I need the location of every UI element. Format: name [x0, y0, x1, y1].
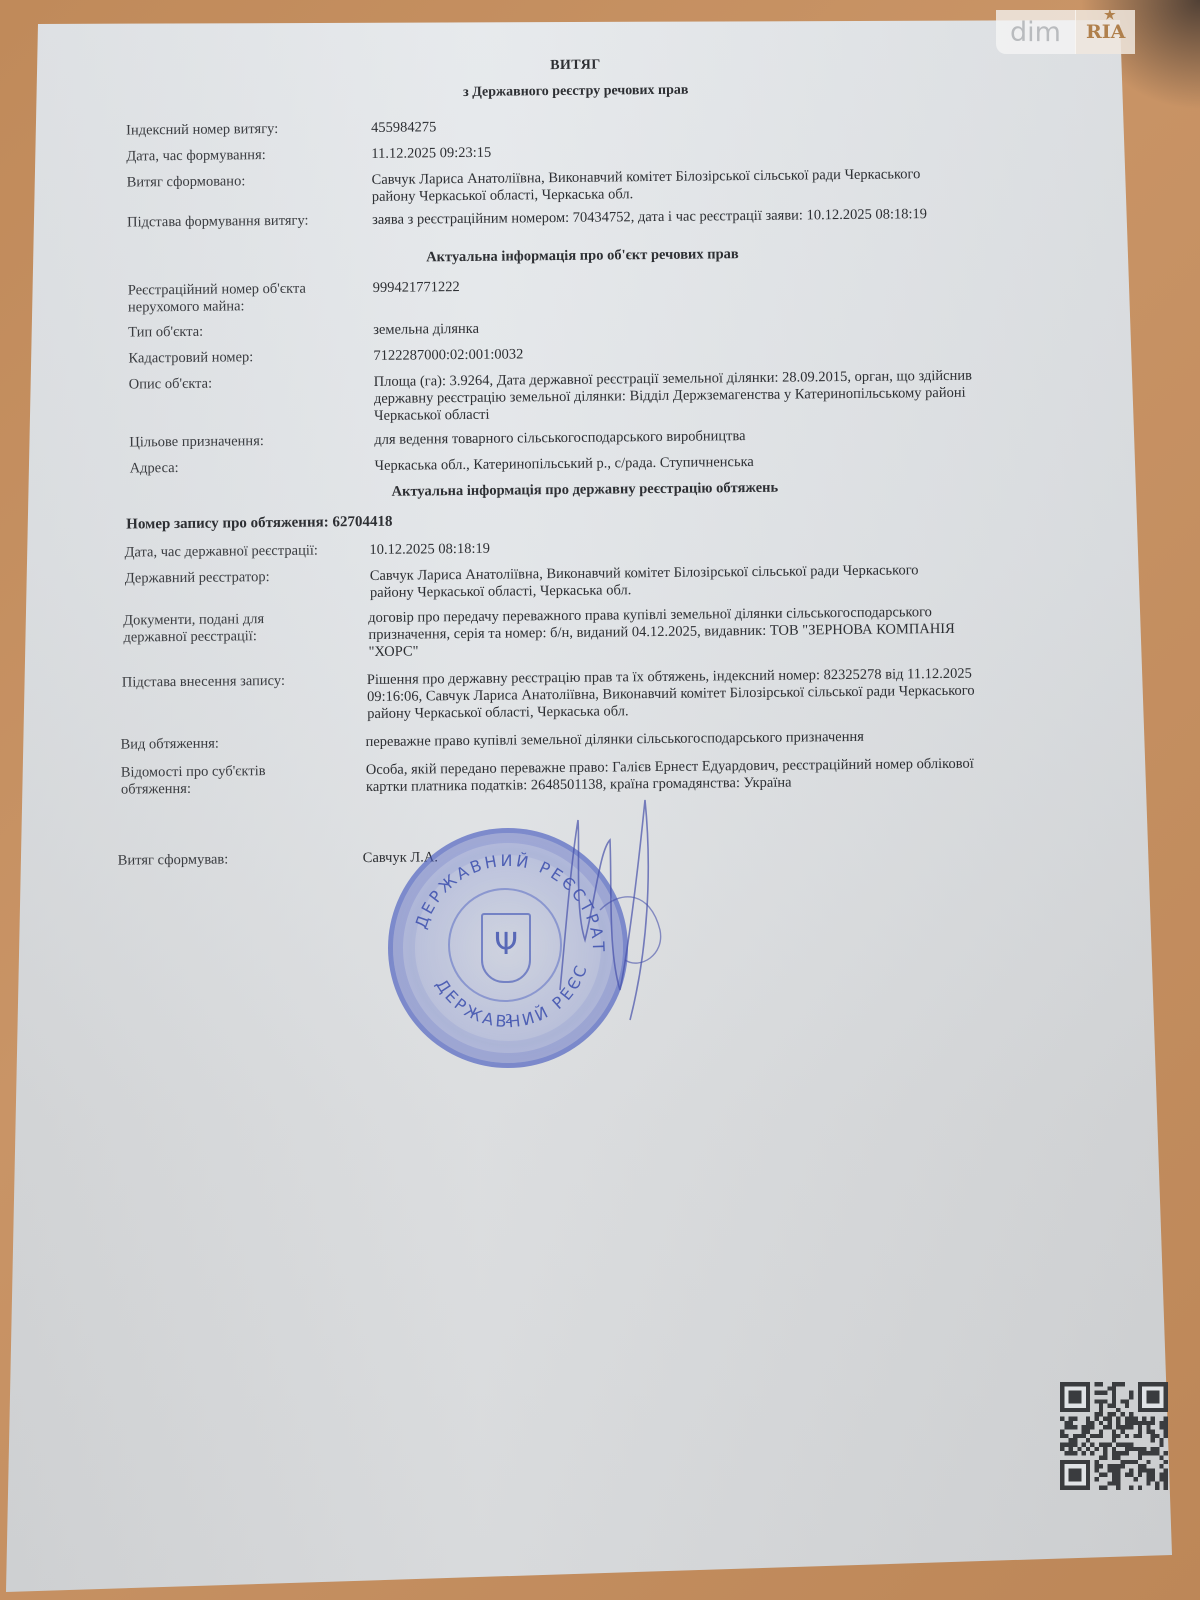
row-value: земельна ділянка	[373, 315, 1013, 339]
object-row-type: Тип об'єкта: земельна ділянка	[128, 315, 1028, 324]
encumbrance-row-registrar: Державний реєстратор: Савчук Лариса Анат…	[125, 561, 1025, 570]
row-value: 455984275	[371, 113, 1011, 137]
row-label: Тип об'єкта:	[128, 322, 373, 342]
object-row-address: Адреса: Черкаська обл., Катеринопільськи…	[130, 451, 1030, 460]
record-number: 62704418	[332, 514, 392, 531]
row-label: Витяг сформував:	[118, 850, 363, 870]
header-row-created-by: Витяг сформовано: Савчук Лариса Анатолії…	[127, 165, 1027, 174]
row-value: Савчук Лариса Анатоліївна, Виконавчий ко…	[372, 166, 962, 206]
watermark-dim-text: dim	[996, 10, 1075, 54]
row-value: 999421771222	[373, 273, 1013, 297]
row-value: для ведення товарного сільськогосподарсь…	[374, 425, 1014, 449]
row-label: Дата, час формування:	[126, 146, 371, 166]
document-subtitle: з Державного реєстру речових прав	[0, 78, 1156, 106]
row-label: Документи, подані для державної реєстрац…	[123, 611, 313, 647]
row-label: Кадастровий номер:	[128, 348, 373, 368]
row-value: Площа (га): 3.9264, Дата державної реєст…	[374, 367, 1004, 425]
section-heading-encumbrance: Актуальна інформація про державну реєстр…	[0, 476, 1170, 505]
header-row-created-at: Дата, час формування: 11.12.2025 09:23:1…	[126, 139, 1026, 148]
handwritten-signature	[540, 790, 680, 1030]
row-label: Відомості про суб'єктів обтяження:	[121, 763, 321, 799]
row-value: переважне право купівлі земельної ділянк…	[365, 727, 1025, 751]
dimria-watermark: dim ★ RIA	[996, 10, 1135, 54]
encumbrance-row-type: Вид обтяження: переважне право купівлі з…	[120, 727, 1020, 736]
watermark-ria-logo: ★ RIA	[1075, 10, 1135, 54]
row-label: Адреса:	[130, 458, 375, 478]
encumbrance-record-number: Номер запису про обтяження: 62704418	[126, 514, 392, 534]
object-row-cadastral-number: Кадастровий номер: 7122287000:02:001:003…	[128, 341, 1028, 350]
row-value: Савчук Лариса Анатоліївна, Виконавчий ко…	[370, 562, 960, 602]
row-value: Черкаська обл., Катеринопільський р., с/…	[375, 451, 1015, 475]
row-label: Індексний номер витягу:	[126, 120, 371, 140]
row-value: Рішення про державну реєстрацію прав та …	[367, 665, 1017, 723]
star-icon: ★	[1104, 8, 1116, 23]
section-heading-object: Актуальна інформація про об'єкт речових …	[0, 242, 1168, 271]
row-label: Підстава формування витягу:	[127, 212, 372, 232]
row-value: 11.12.2025 09:23:15	[371, 139, 1011, 163]
encumbrance-row-registration-date: Дата, час державної реєстрації: 10.12.20…	[124, 535, 1024, 544]
stamp-number: 2	[505, 1012, 513, 1026]
row-label: Дата, час державної реєстрації:	[124, 542, 369, 562]
document-title: ВИТЯГ	[0, 52, 1156, 80]
encumbrance-row-basis: Підстава внесення запису: Рішення про де…	[122, 665, 1022, 674]
qr-code	[1060, 1382, 1168, 1490]
row-label: Цільове призначення:	[129, 432, 374, 452]
object-row-registration-number: Реєстраційний номер об'єкта нерухомого м…	[128, 273, 1028, 282]
record-label: Номер запису про обтяження:	[126, 514, 329, 532]
row-label: Витяг сформовано:	[127, 172, 372, 192]
row-value: заява з реєстраційним номером: 70434752,…	[372, 206, 972, 229]
row-value: 10.12.2025 08:18:19	[369, 535, 1009, 559]
row-label: Державний реєстратор:	[125, 568, 370, 588]
header-row-index-number: Індексний номер витягу: 455984275	[126, 113, 1026, 122]
object-row-purpose: Цільове призначення: для ведення товарно…	[129, 425, 1029, 434]
row-label: Вид обтяження:	[120, 734, 365, 754]
row-label: Підстава внесення запису:	[122, 672, 367, 692]
row-value: Особа, якій передано переважне право: Га…	[366, 755, 1016, 796]
object-row-description: Опис об'єкта: Площа (га): 3.9264, Дата д…	[129, 367, 1029, 376]
row-value: договір про передачу переважного права к…	[368, 604, 979, 661]
row-label: Опис об'єкта:	[129, 374, 374, 394]
row-label: Реєстраційний номер об'єкта нерухомого м…	[128, 280, 343, 316]
watermark-ria-text: RIA	[1086, 21, 1125, 43]
header-row-basis: Підстава формування витягу: заява з реєс…	[127, 205, 1027, 214]
encumbrance-row-documents: Документи, подані для державної реєстрац…	[123, 603, 1023, 612]
encumbrance-row-subjects: Відомості про суб'єктів обтяження: Особа…	[121, 755, 1021, 764]
coat-of-arms-icon: Ψ	[481, 913, 531, 983]
row-value: 7122287000:02:001:0032	[373, 341, 1013, 365]
